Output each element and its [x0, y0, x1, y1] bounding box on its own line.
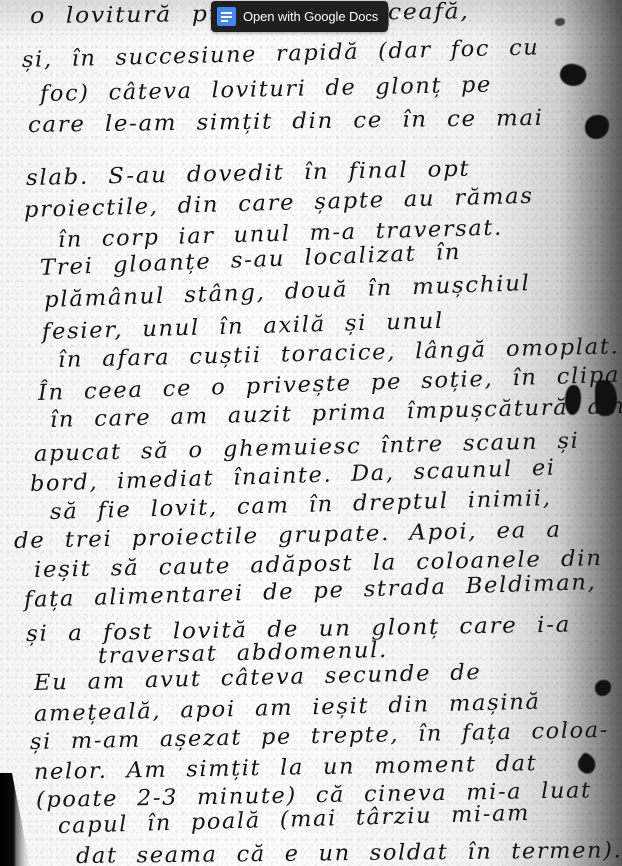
open-with-dropdown-button[interactable]: [389, 1, 411, 32]
handwritten-text: o lovitură puternică în ceafă, și, în su…: [0, 0, 622, 866]
google-docs-icon: [217, 7, 236, 26]
caret-down-icon: [395, 14, 405, 19]
handwritten-line: care le-am simțit din ce în ce mai: [28, 108, 544, 137]
handwritten-line: fesier, unul în axilă și unul: [42, 311, 444, 344]
open-with-google-docs-button[interactable]: Open with Google Docs: [211, 1, 388, 32]
open-with-label: Open with Google Docs: [243, 9, 378, 24]
handwritten-line: slab. S-au dovedit în final opt: [26, 159, 471, 190]
handwritten-line: foc) câteva lovituri de glonț pe: [40, 75, 492, 106]
handwritten-line: și, în succesiune rapidă (dar foc cu: [22, 37, 540, 72]
handwritten-line: plămânul stâng, două în mușchiul: [44, 273, 531, 312]
handwritten-line: nelor. Am simțit la un moment dat: [34, 753, 538, 784]
handwritten-line: dat seama că e un soldat în termen).: [76, 840, 622, 866]
ink-blot: [595, 380, 617, 416]
document-viewer: o lovitură puternică în ceafă, și, în su…: [0, 0, 622, 866]
handwritten-line: și m-am așezat pe trepte, în fața coloa-: [30, 720, 609, 754]
